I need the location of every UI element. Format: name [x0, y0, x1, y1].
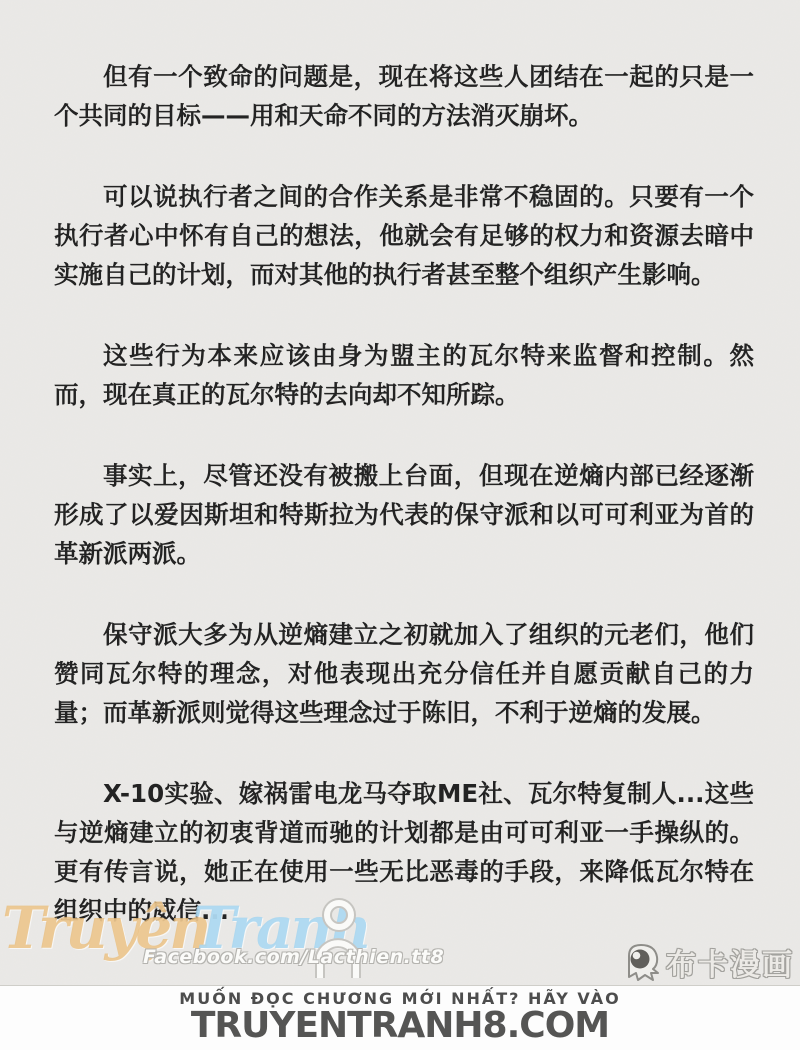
buka-logo: 布卡漫画 [625, 940, 794, 984]
footer-banner: MUỐN ĐỌC CHƯƠNG MỚI NHẤT? HÃY VÀO TRUYEN… [0, 985, 800, 1050]
footer-site-url: TRUYENTRANH8.COM [0, 1008, 800, 1044]
story-paragraph: 保守派大多为从逆熵建立之初就加入了组织的元老们，他们赞同瓦尔特的理念，对他表现出… [54, 615, 754, 732]
story-paragraph: 这些行为本来应该由身为盟主的瓦尔特来监督和控制。然而，现在真正的瓦尔特的去向却不… [54, 336, 754, 414]
story-paragraph: X-10实验、嫁祸雷电龙马夺取ME社、瓦尔特复制人...这些与逆熵建立的初衷背道… [54, 774, 754, 930]
comic-text-page: 但有一个致命的问题是，现在将这些人团结在一起的只是一个共同的目标——用和天命不同… [0, 0, 800, 1050]
buka-logo-label: 布卡漫画 [666, 940, 794, 984]
paper-background: 但有一个致命的问题是，现在将这些人团结在一起的只是一个共同的目标——用和天命不同… [0, 0, 800, 985]
story-text-block: 但有一个致命的问题是，现在将这些人团结在一起的只是一个共同的目标——用和天命不同… [54, 57, 754, 972]
story-paragraph: 可以说执行者之间的合作关系是非常不稳固的。只要有一个执行者心中怀有自己的想法，他… [54, 177, 754, 294]
story-paragraph: 事实上，尽管还没有被搬上台面，但现在逆熵内部已经逐渐形成了以爱因斯坦和特斯拉为代… [54, 456, 754, 573]
story-paragraph: 但有一个致命的问题是，现在将这些人团结在一起的只是一个共同的目标——用和天命不同… [54, 57, 754, 135]
buka-ghost-icon [625, 942, 661, 982]
facebook-watermark: Facebook.com/Lacthien.tt8 [143, 946, 444, 968]
